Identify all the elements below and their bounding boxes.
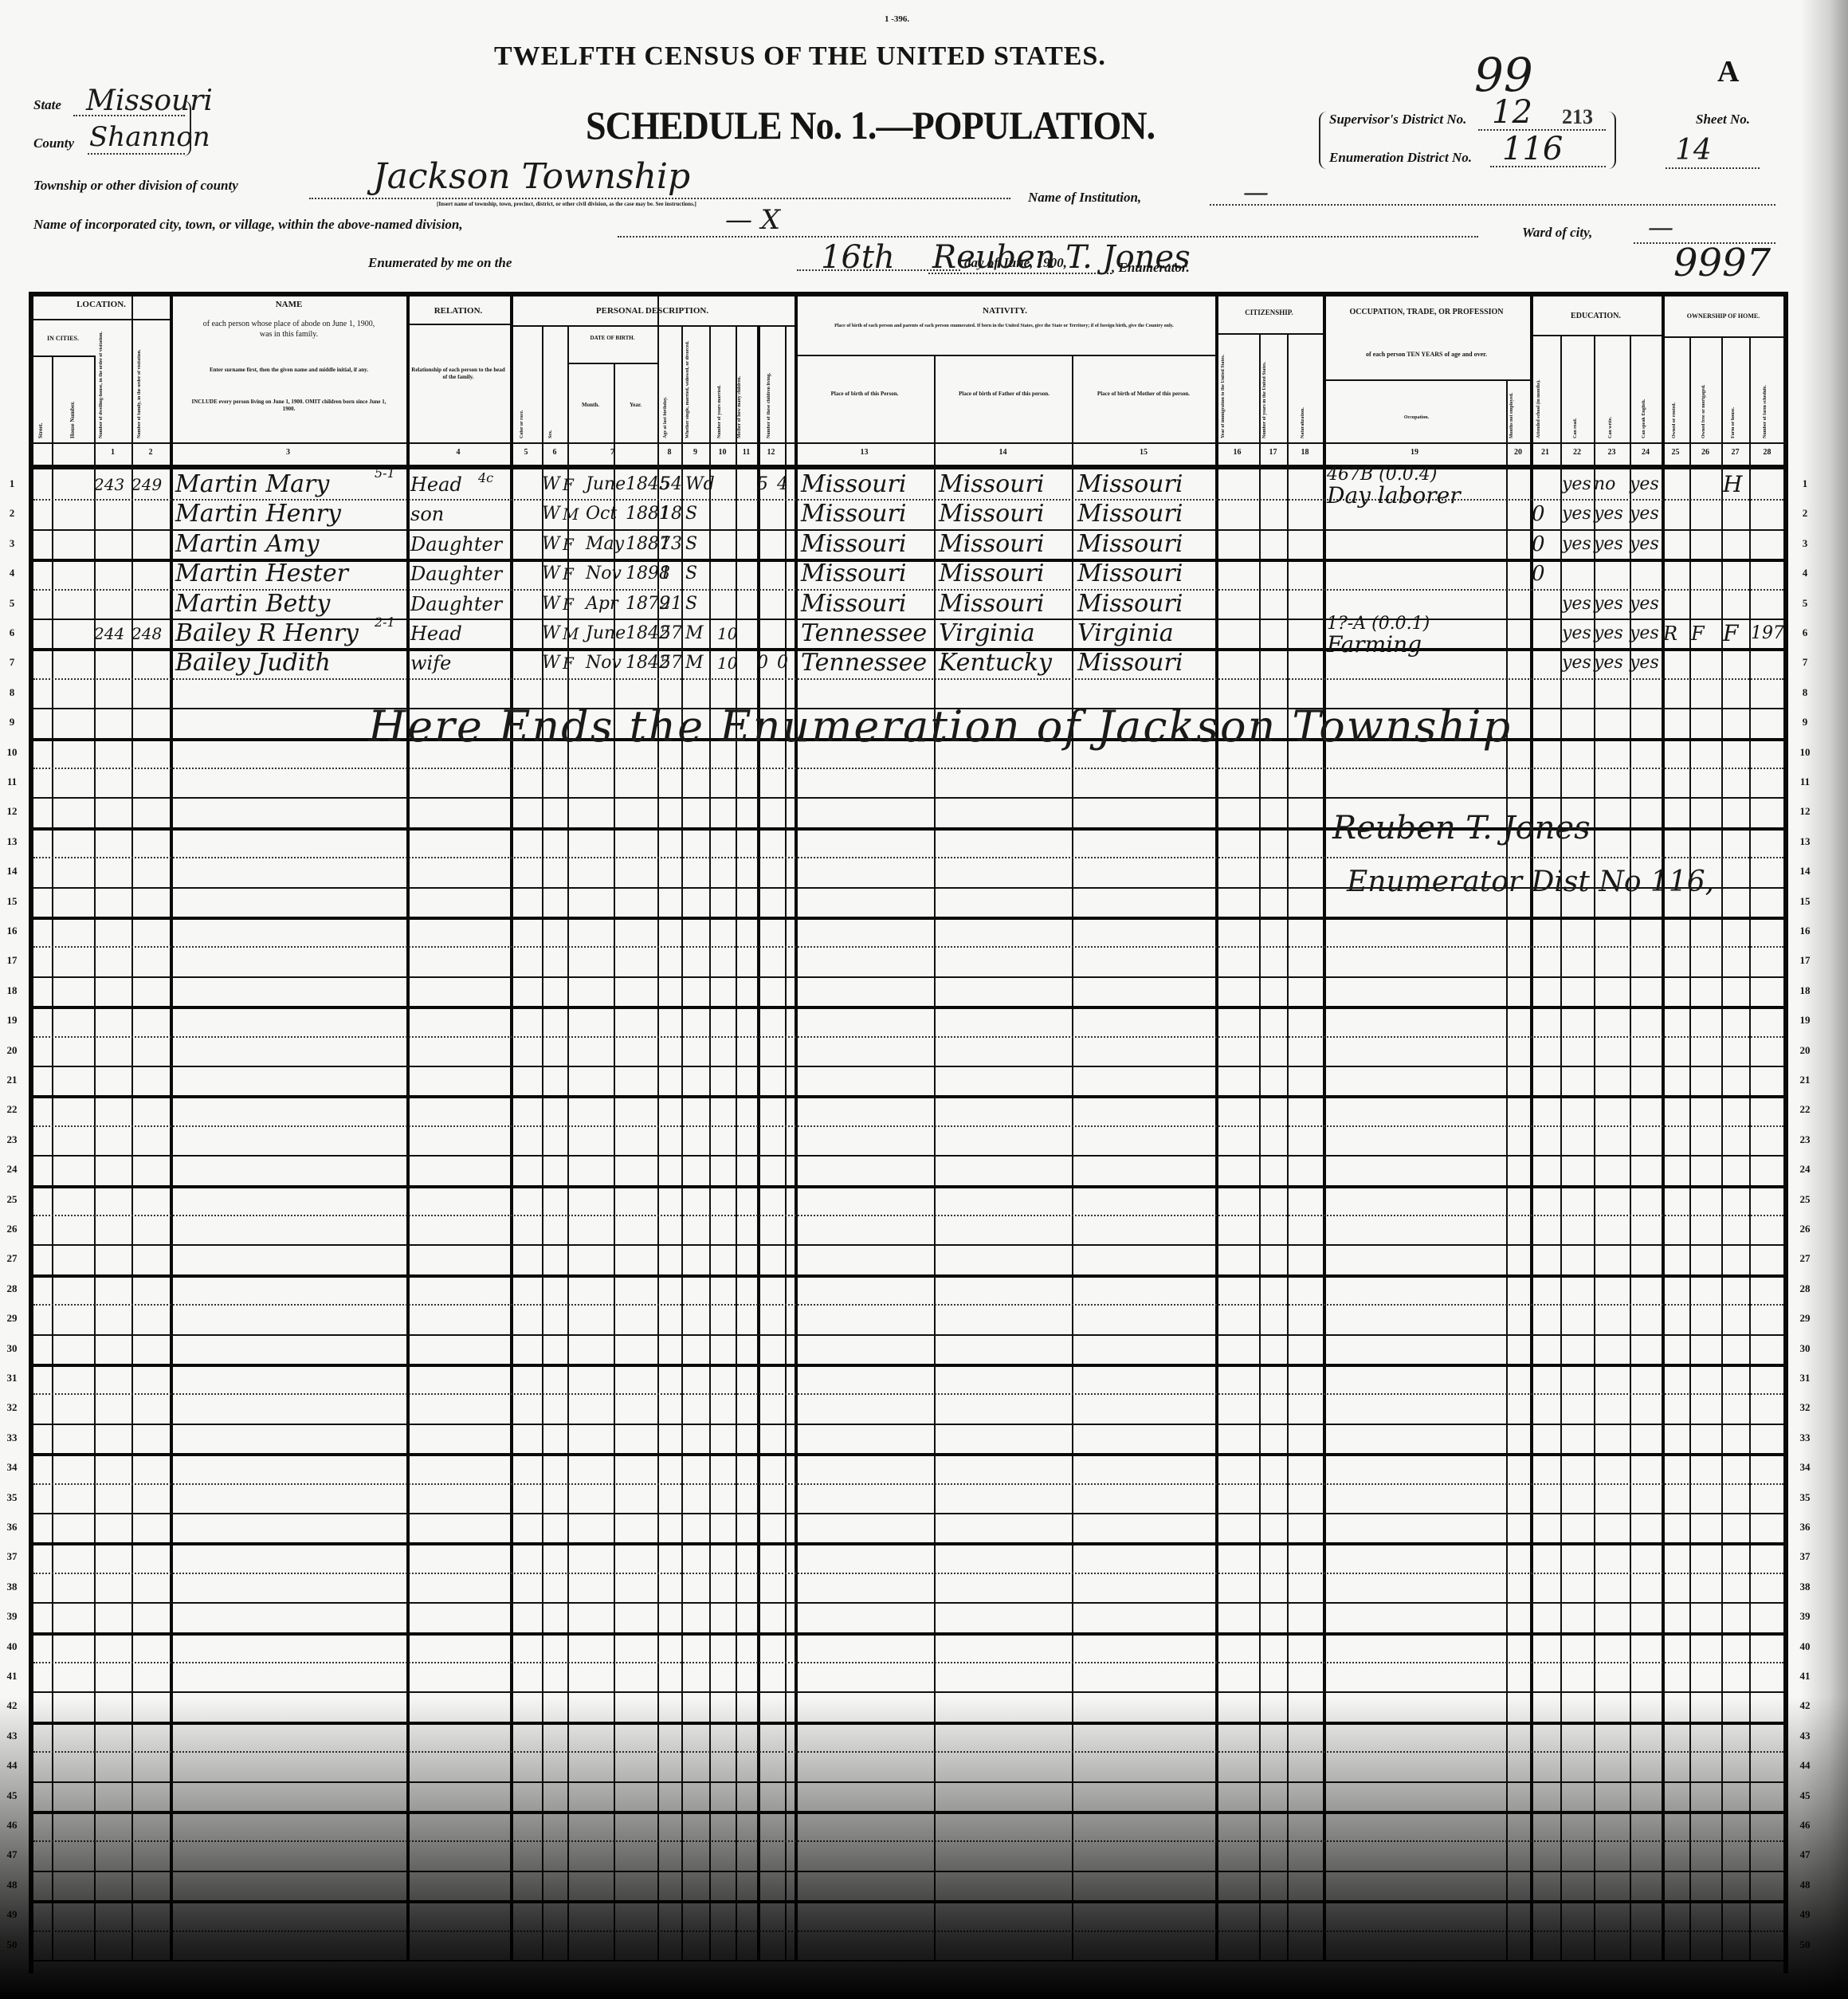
can-write[interactable]: yes — [1594, 532, 1630, 556]
can-speak-english[interactable]: yes — [1630, 651, 1662, 675]
birthplace-person[interactable]: Missouri — [801, 502, 934, 526]
marital-status[interactable]: Wd — [685, 473, 717, 497]
relation[interactable]: wife — [410, 651, 510, 675]
name-annotation: 2-1 — [375, 611, 395, 634]
relation[interactable]: Daughter — [410, 532, 510, 556]
table-rows: 243249Martin MaryHeadWFJune184554Wd54Mis… — [0, 0, 1848, 1999]
birthplace-person[interactable]: Missouri — [801, 473, 934, 497]
can-speak-english[interactable]: yes — [1630, 473, 1662, 497]
attended-school[interactable]: 0 — [1532, 562, 1560, 586]
person-name[interactable]: Martin Henry — [175, 502, 402, 526]
farm-house[interactable]: F — [1723, 622, 1749, 646]
relation-annotation: 4c — [478, 466, 493, 490]
marital-status[interactable]: S — [685, 592, 717, 616]
birthplace-mother[interactable]: Missouri — [1077, 592, 1215, 616]
census-sheet: 1 -396. TWELFTH CENSUS OF THE UNITED STA… — [0, 0, 1848, 1999]
relation[interactable]: Head — [410, 622, 510, 646]
birth-month[interactable]: Oct — [586, 502, 630, 526]
person-name[interactable]: Martin Hester — [175, 562, 402, 586]
person-name[interactable]: Martin Amy — [175, 532, 402, 556]
birthplace-mother[interactable]: Missouri — [1077, 532, 1215, 556]
birth-month[interactable]: June — [586, 473, 630, 497]
can-speak-english[interactable]: yes — [1630, 622, 1662, 646]
attended-school[interactable]: 0 — [1532, 532, 1560, 556]
birthplace-mother[interactable]: Virginia — [1077, 622, 1215, 646]
marital-status[interactable]: S — [685, 562, 717, 586]
years-married[interactable]: 10 — [717, 622, 745, 646]
can-write[interactable]: yes — [1594, 622, 1630, 646]
marital-status[interactable]: M — [685, 651, 717, 675]
birthplace-person[interactable]: Missouri — [801, 532, 934, 556]
family-number[interactable]: 248 — [131, 622, 170, 646]
birthplace-person[interactable]: Tennessee — [801, 622, 934, 646]
marital-status[interactable]: S — [685, 502, 717, 526]
birth-month[interactable]: Apr — [586, 592, 630, 616]
birthplace-mother[interactable]: Missouri — [1077, 562, 1215, 586]
birthplace-father[interactable]: Missouri — [939, 532, 1072, 556]
occupation-code: 1?-A (0.0.1) — [1327, 612, 1430, 636]
can-speak-english[interactable]: yes — [1630, 502, 1662, 526]
dwelling-number[interactable]: 244 — [94, 622, 131, 646]
occupation-code: 467B (0.0.4) — [1327, 463, 1437, 487]
enumerator-signature: Reuben T. Jones — [1332, 810, 1591, 846]
birthplace-person[interactable]: Missouri — [801, 592, 934, 616]
can-speak-english[interactable]: yes — [1630, 532, 1662, 556]
can-write[interactable]: yes — [1594, 502, 1630, 526]
can-read[interactable]: yes — [1562, 592, 1594, 616]
birthplace-person[interactable]: Missouri — [801, 562, 934, 586]
birthplace-father[interactable]: Virginia — [939, 622, 1072, 646]
name-annotation: 5-1 — [375, 461, 395, 485]
birthplace-father[interactable]: Missouri — [939, 502, 1072, 526]
birthplace-mother[interactable]: Missouri — [1077, 502, 1215, 526]
relation[interactable]: son — [410, 502, 510, 526]
marital-status[interactable]: M — [685, 622, 717, 646]
children-living[interactable]: 4 — [777, 473, 797, 497]
attended-school[interactable]: 0 — [1532, 502, 1560, 526]
children-living[interactable]: 0 — [777, 651, 797, 675]
family-number[interactable]: 249 — [131, 473, 170, 497]
birthplace-father[interactable]: Missouri — [939, 562, 1072, 586]
can-read[interactable]: yes — [1562, 473, 1594, 497]
birthplace-mother[interactable]: Missouri — [1077, 651, 1215, 675]
person-name[interactable]: Martin Mary — [175, 473, 402, 497]
birth-month[interactable]: Nov — [586, 651, 630, 675]
can-write[interactable]: yes — [1594, 651, 1630, 675]
owned-rented[interactable]: R — [1663, 622, 1689, 646]
person-name[interactable]: Bailey Judith — [175, 651, 402, 675]
birthplace-father[interactable]: Kentucky — [939, 651, 1072, 675]
birthplace-person[interactable]: Tennessee — [801, 651, 934, 675]
farm-house[interactable]: H — [1723, 473, 1749, 497]
person-name[interactable]: Martin Betty — [175, 592, 402, 616]
relation[interactable]: Daughter — [410, 592, 510, 616]
enumerator-signature-title: Enumerator Dist No 116, — [1347, 866, 1714, 898]
years-married[interactable]: 10 — [717, 651, 745, 675]
can-speak-english[interactable]: yes — [1630, 592, 1662, 616]
occupation[interactable]: Farming — [1327, 633, 1506, 657]
can-read[interactable]: yes — [1562, 532, 1594, 556]
relation[interactable]: Head — [410, 473, 510, 497]
relation[interactable]: Daughter — [410, 562, 510, 586]
birthplace-father[interactable]: Missouri — [939, 473, 1072, 497]
farm-schedule-number[interactable]: 197 — [1751, 622, 1785, 646]
owned-free[interactable]: F — [1691, 622, 1721, 646]
can-read[interactable]: yes — [1562, 502, 1594, 526]
occupation[interactable]: Day laborer — [1327, 484, 1506, 508]
birthplace-father[interactable]: Missouri — [939, 592, 1072, 616]
marital-status[interactable]: S — [685, 532, 717, 556]
can-read[interactable]: yes — [1562, 622, 1594, 646]
can-write[interactable]: no — [1594, 473, 1630, 497]
closing-note: Here Ends the Enumeration of Jackson Tow… — [368, 701, 1512, 752]
dwelling-number[interactable]: 243 — [94, 473, 131, 497]
birth-month[interactable]: June — [586, 622, 630, 646]
birth-month[interactable]: May — [586, 532, 630, 556]
can-write[interactable]: yes — [1594, 592, 1630, 616]
can-read[interactable]: yes — [1562, 651, 1594, 675]
birthplace-mother[interactable]: Missouri — [1077, 473, 1215, 497]
birth-month[interactable]: Nov — [586, 562, 630, 586]
person-name[interactable]: Bailey R Henry — [175, 622, 402, 646]
